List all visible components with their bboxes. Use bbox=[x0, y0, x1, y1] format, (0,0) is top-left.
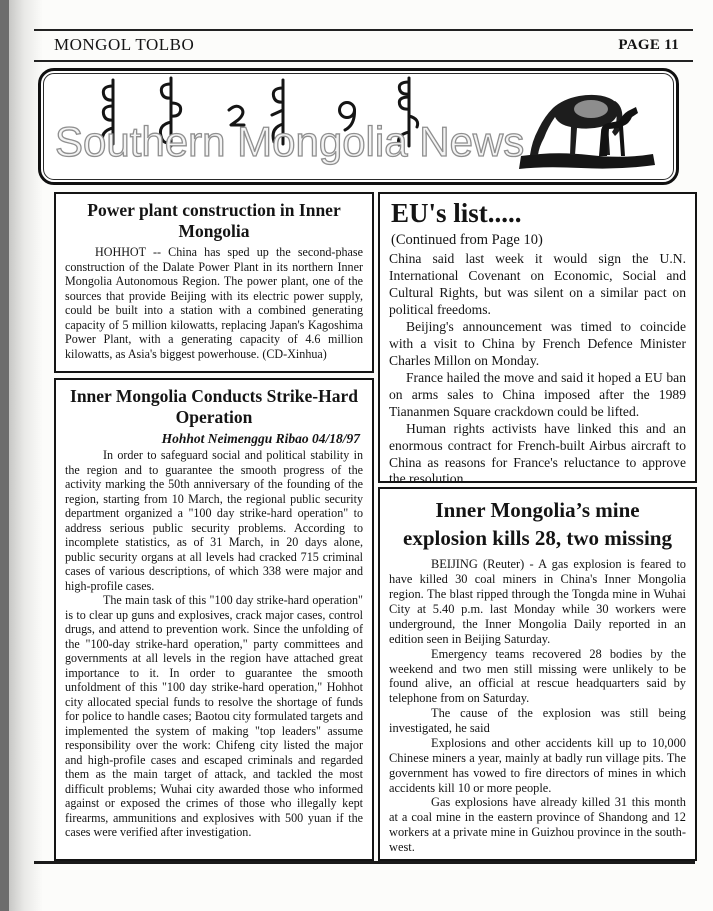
header-top-rule bbox=[34, 29, 693, 31]
banner-title: Southern Mongolia News bbox=[55, 118, 524, 166]
article-strike-hard: Inner Mongolia Conducts Strike-Hard Oper… bbox=[54, 378, 374, 861]
article-title-line: Operation bbox=[65, 407, 363, 428]
article-paragraph: Explosions and other accidents kill up t… bbox=[389, 736, 686, 796]
masthead: MONGOL TOLBO bbox=[54, 35, 194, 55]
article-byline: Hohhot Neimenggu Ribao 04/18/97 bbox=[65, 431, 360, 447]
article-paragraph: HOHHOT -- China has sped up the second-p… bbox=[65, 245, 363, 361]
article-title: Inner Mongolia Conducts Strike-Hard Oper… bbox=[65, 386, 363, 427]
article-paragraph: Emergency teams recovered 28 bodies by t… bbox=[389, 647, 686, 707]
article-title-line: Mongolia bbox=[65, 221, 363, 242]
section-banner: Southern Mongolia News bbox=[38, 68, 679, 185]
article-paragraph: Gas explosions have already killed 31 th… bbox=[389, 795, 686, 855]
header-bottom-rule bbox=[34, 60, 693, 62]
article-title: EU's list..... bbox=[391, 199, 686, 229]
article-mine-explosion: Inner Mongolia’s mine explosion kills 28… bbox=[378, 487, 697, 861]
article-title-line: explosion kills 28, two missing bbox=[389, 525, 686, 553]
page-bottom-rule bbox=[34, 861, 695, 864]
scan-edge-strip bbox=[0, 0, 9, 911]
article-title-line: Inner Mongolia Conducts Strike-Hard bbox=[65, 386, 363, 407]
article-eu-list: EU's list..... (Continued from Page 10) … bbox=[378, 192, 697, 483]
page-number: PAGE 11 bbox=[618, 37, 679, 54]
grazing-horses-icon bbox=[511, 80, 661, 180]
article-paragraph: BEIJING (Reuter) - A gas explosion is fe… bbox=[389, 557, 686, 646]
continued-from-note: (Continued from Page 10) bbox=[391, 232, 686, 249]
article-power-plant: Power plant construction in Inner Mongol… bbox=[54, 192, 374, 373]
article-paragraph: Beijing's announcement was timed to coin… bbox=[389, 319, 686, 370]
article-paragraph: The main task of this "100 day strike-ha… bbox=[65, 593, 363, 840]
article-title-line: Inner Mongolia’s mine bbox=[389, 497, 686, 525]
article-paragraph: The cause of the explosion was still bei… bbox=[389, 706, 686, 736]
article-paragraph: France hailed the move and said it hoped… bbox=[389, 370, 686, 421]
article-title: Inner Mongolia’s mine explosion kills 28… bbox=[389, 497, 686, 552]
article-title-line: Power plant construction in Inner bbox=[65, 200, 363, 221]
article-paragraph: In order to safeguard social and politic… bbox=[65, 448, 363, 593]
newspaper-page: MONGOL TOLBO PAGE 11 bbox=[0, 0, 713, 911]
article-paragraph: China said last week it would sign the U… bbox=[389, 251, 686, 319]
article-paragraph: Human rights activists have linked this … bbox=[389, 421, 686, 483]
article-title: Power plant construction in Inner Mongol… bbox=[65, 200, 363, 241]
